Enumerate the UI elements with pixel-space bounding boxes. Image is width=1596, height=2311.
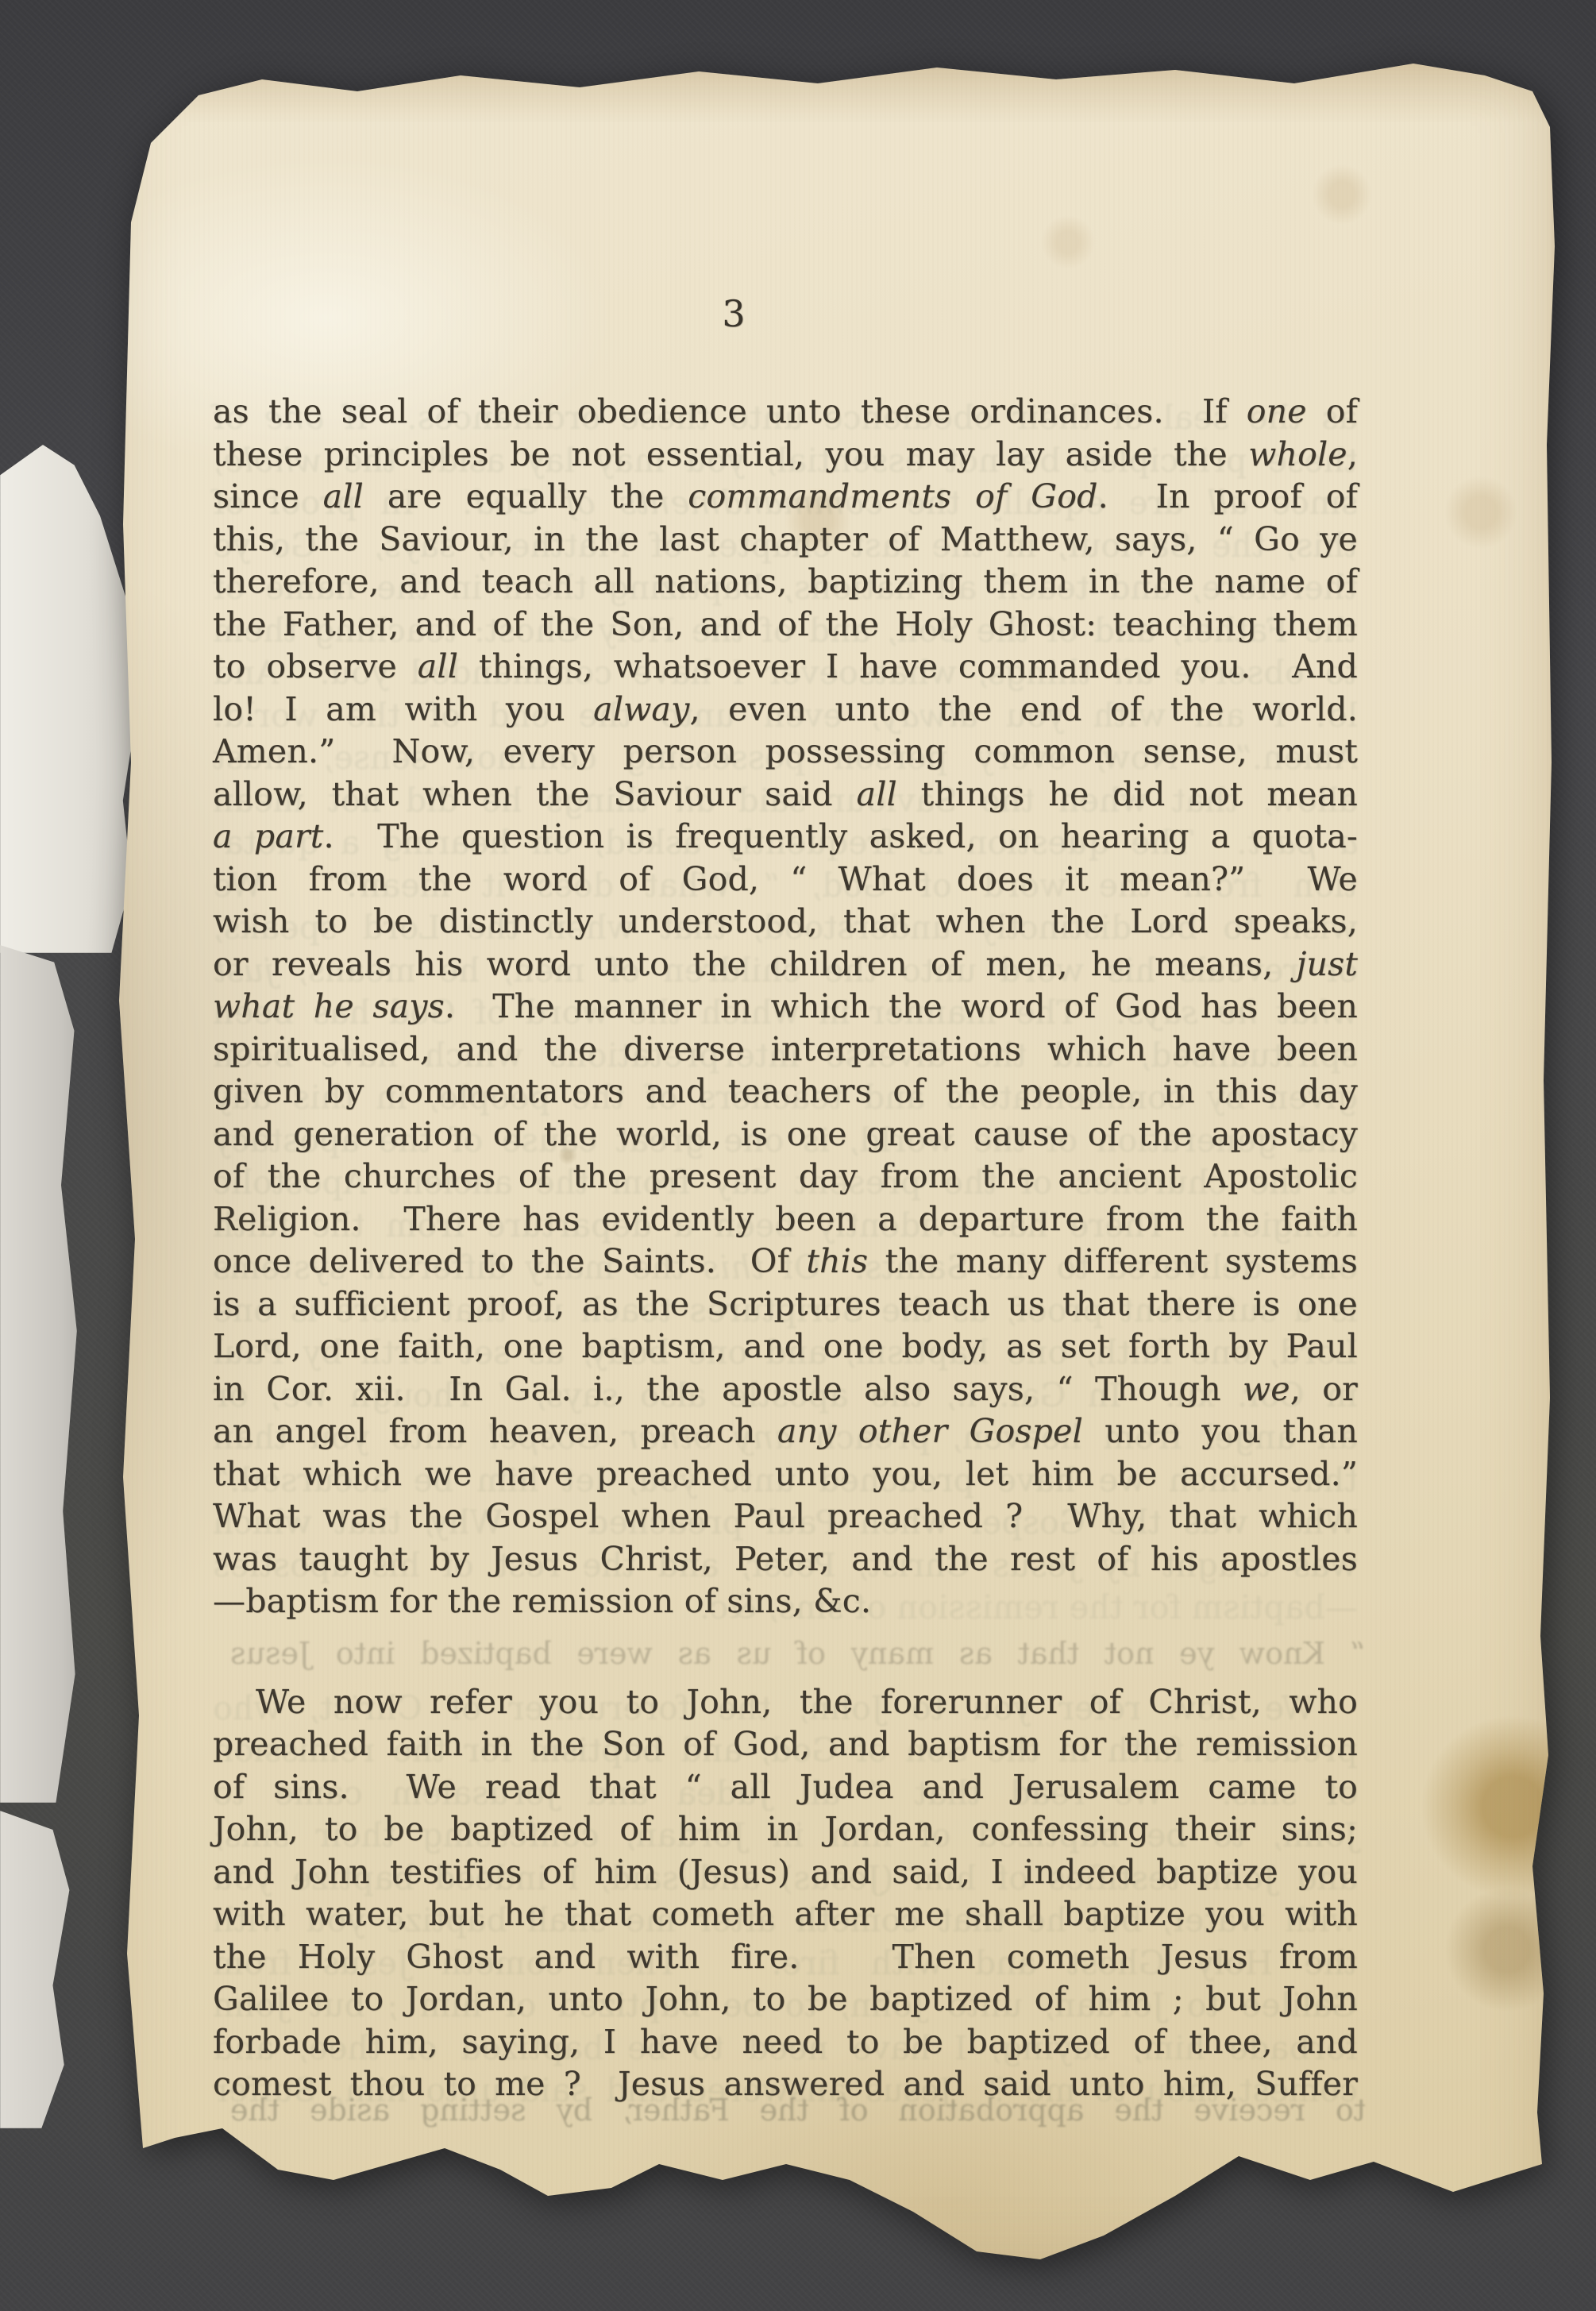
text-line: Lord, one faith, one baptism, and one bo… (213, 1325, 1358, 1368)
text-line: since all are equally the commandments o… (213, 476, 1358, 519)
text-line: forbade him, saying, I have need to be b… (213, 2021, 1358, 2064)
text-line: what he says. The manner in which the wo… (213, 986, 1358, 1028)
text-line: John, to be baptized of him in Jordan, c… (213, 1808, 1358, 1851)
text-line: in Cor. xii. In Gal. i., the apostle als… (213, 1368, 1358, 1411)
text-line: of the churches of the present day from … (213, 1155, 1358, 1198)
text-line: therefore, and teach all nations, baptiz… (213, 561, 1358, 604)
text-block: as the seal of their obedience unto thes… (213, 391, 1358, 2106)
scan-background-mat: as the seal of their obedience unto thes… (0, 0, 1596, 2311)
text-line: Amen.” Now, every person possessing comm… (213, 731, 1358, 774)
text-line: and generation of the world, is one grea… (213, 1113, 1358, 1156)
paragraph: as the seal of their obedience unto thes… (213, 391, 1358, 1623)
text-line: wish to be distinctly understood, that w… (213, 901, 1358, 943)
text-line: these principles be not essential, you m… (213, 434, 1358, 476)
text-line: is a sufficient proof, as the Scriptures… (213, 1283, 1358, 1326)
text-line: Religion. There has evidently been a dep… (213, 1198, 1358, 1241)
pamphlet-page: as the seal of their obedience unto thes… (103, 48, 1556, 2271)
text-line: allow, that when the Saviour said all th… (213, 774, 1358, 816)
text-line: once delivered to the Saints. Of this th… (213, 1240, 1358, 1283)
bleedthrough-line-bottom: to receive the approbation of the Father… (230, 2093, 1366, 2128)
text-line: tion from the word of God, “ What does i… (213, 858, 1358, 901)
text-line: as the seal of their obedience unto thes… (213, 391, 1358, 434)
text-line: —baptism for the remission of sins, &c. (213, 1580, 1358, 1623)
torn-page-remnant-top (0, 445, 143, 953)
paragraph: We now refer you to John, the forerunner… (213, 1681, 1358, 2106)
text-line: We now refer you to John, the forerunner… (213, 1681, 1358, 1724)
text-line: Galilee to Jordan, unto John, to be bapt… (213, 1978, 1358, 2021)
text-line: lo! I am with you alway, even unto the e… (213, 689, 1358, 731)
torn-page-remnant-bottom (0, 1811, 75, 2128)
text-line: preached faith in the Son of God, and ba… (213, 1723, 1358, 1766)
torn-page-remnant-middle (0, 945, 87, 1803)
text-line: to observe all things, whatsoever I have… (213, 646, 1358, 689)
text-line: an angel from heaven, preach any other G… (213, 1410, 1358, 1453)
text-line: given by commentators and teachers of th… (213, 1071, 1358, 1113)
text-line: of sins. We read that “ all Judea and Je… (213, 1766, 1358, 1809)
text-line: What was the Gospel when Paul preached ?… (213, 1495, 1358, 1538)
text-line: the Holy Ghost and with fire. Then comet… (213, 1936, 1358, 1979)
text-line: with water, but he that cometh after me … (213, 1893, 1358, 1936)
text-line: that which we have preached unto you, le… (213, 1453, 1358, 1496)
bleedthrough-line-between-paragraphs: “ Know ye not that as many of us as were… (230, 1636, 1366, 1671)
text-line: the Father, and of the Son, and of the H… (213, 604, 1358, 646)
text-line: spiritualised, and the diverse interpret… (213, 1028, 1358, 1071)
text-line: and John testifies of him (Jesus) and sa… (213, 1851, 1358, 1894)
page-number: 3 (161, 292, 1306, 335)
text-line: a part. The question is frequently asked… (213, 816, 1358, 858)
text-line: was taught by Jesus Christ, Peter, and t… (213, 1538, 1358, 1581)
text-line: this, the Saviour, in the last chapter o… (213, 519, 1358, 561)
text-line: or reveals his word unto the children of… (213, 943, 1358, 986)
